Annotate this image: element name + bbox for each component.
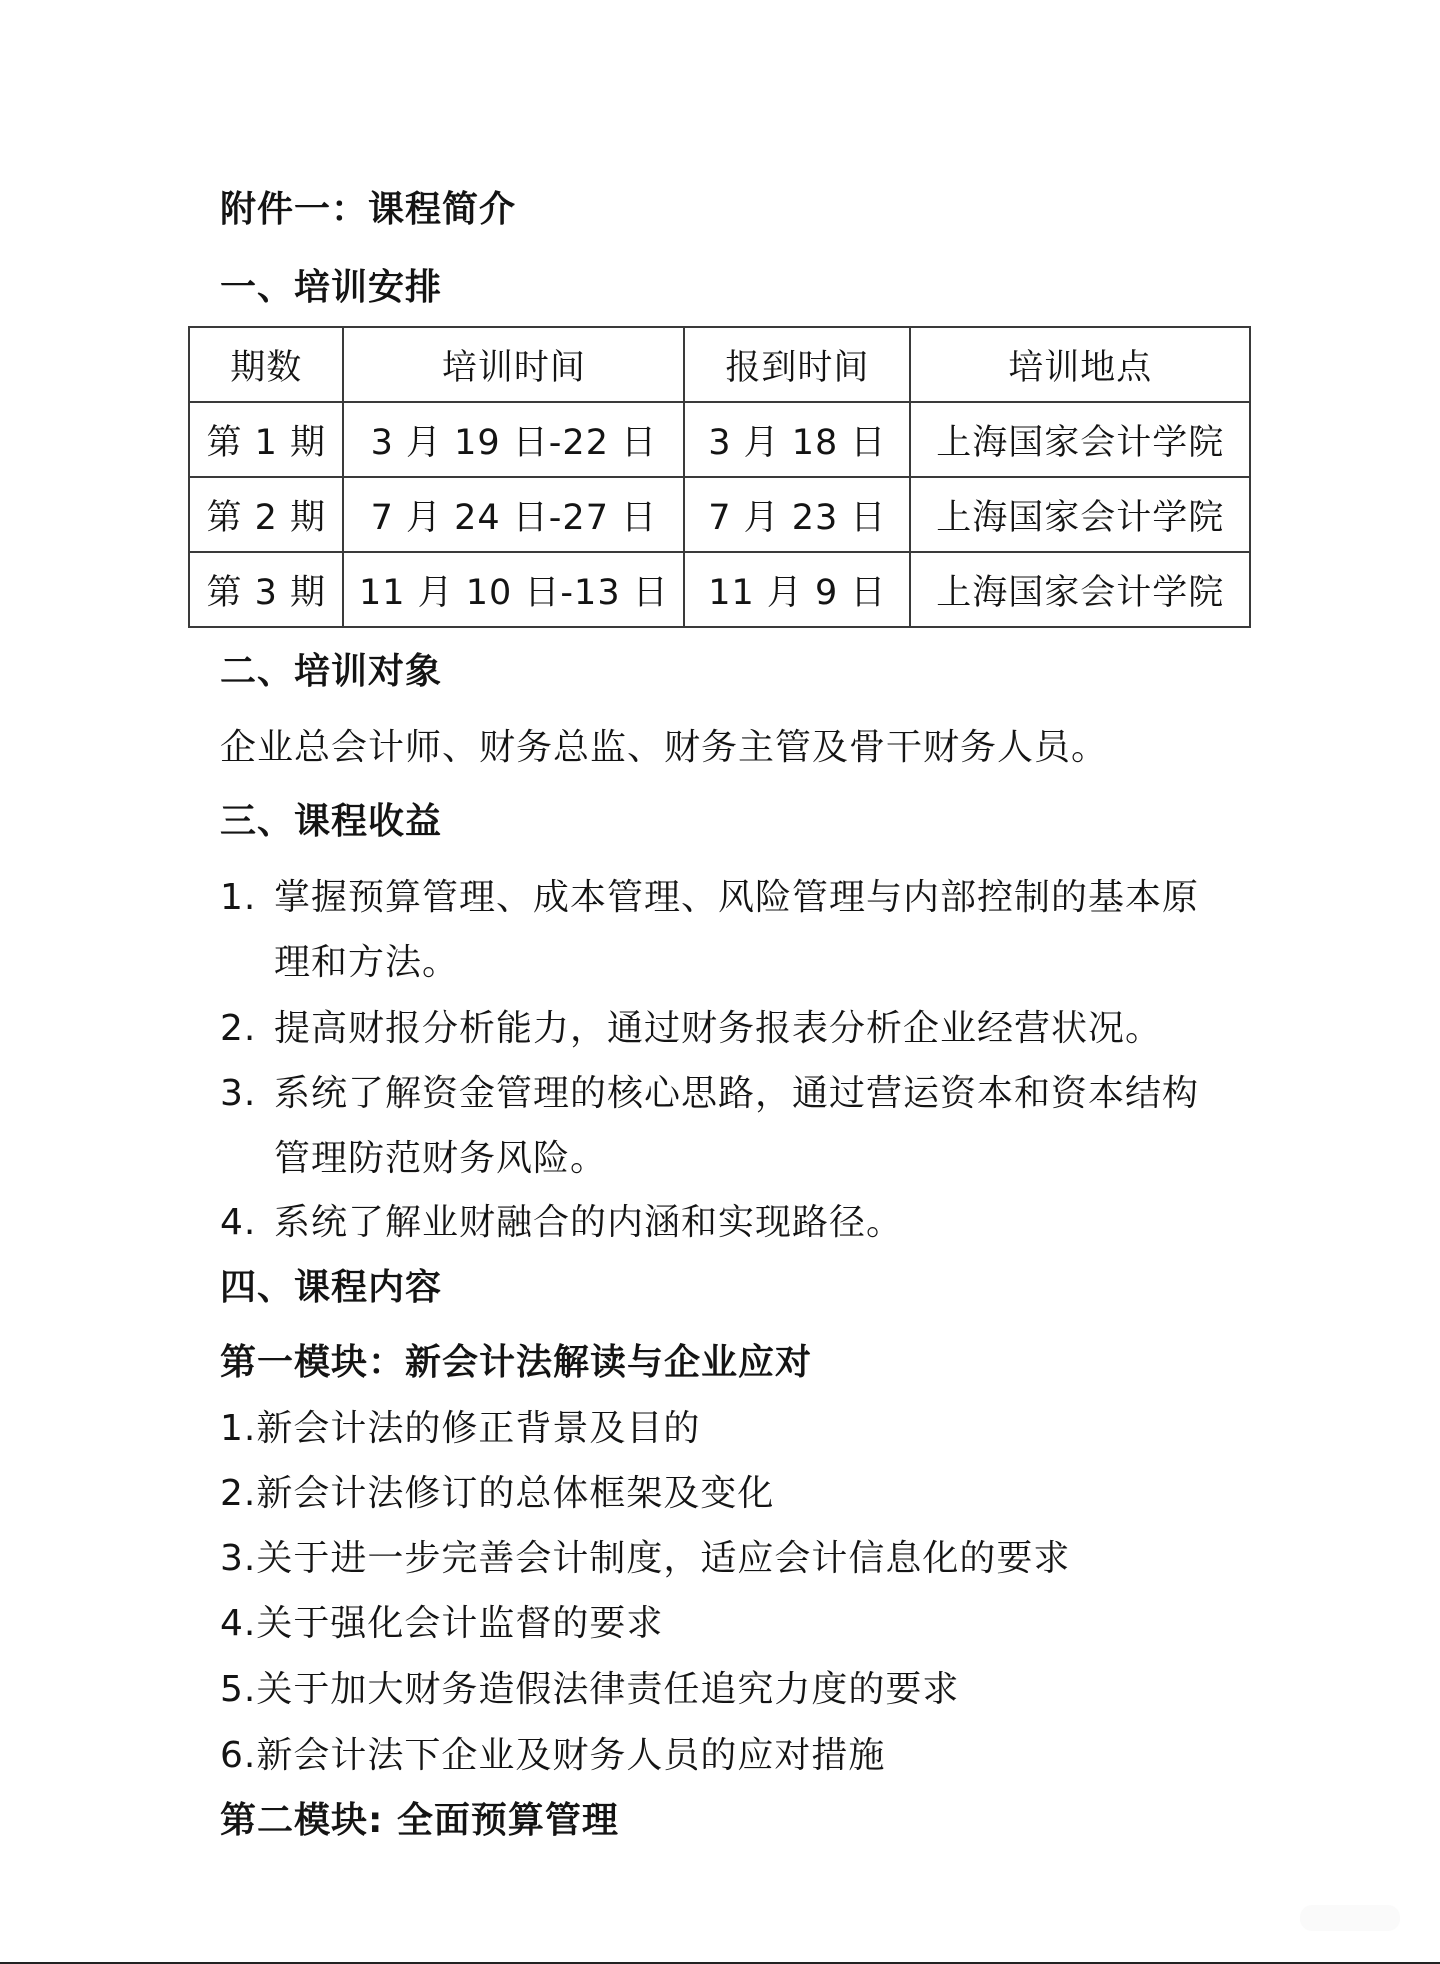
module-2-title: 第二模块: 全面预算管理 — [220, 1799, 619, 1843]
module-1-title: 第一模块：新会计法解读与企业应对 — [220, 1341, 812, 1385]
list-number: 4. — [220, 1201, 274, 1245]
benefit-item-1-continued: 理和方法。 — [274, 941, 459, 985]
table-cell: 7 月 23 日 — [684, 477, 910, 552]
module-1-item: 4.关于强化会计监督的要求 — [220, 1602, 663, 1646]
list-number: 1. — [220, 876, 274, 920]
table-cell: 上海国家会计学院 — [910, 477, 1250, 552]
module-1-item: 5.关于加大财务造假法律责任追究力度的要求 — [220, 1668, 959, 1712]
table-cell: 7 月 24 日-27 日 — [343, 477, 684, 552]
table-header: 期数 — [189, 327, 343, 402]
table-row: 第 1 期 3 月 19 日-22 日 3 月 18 日 上海国家会计学院 — [189, 402, 1250, 477]
training-schedule-table: 期数 培训时间 报到时间 培训地点 第 1 期 3 月 19 日-22 日 3 … — [188, 326, 1251, 628]
module-1-item: 6.新会计法下企业及财务人员的应对措施 — [220, 1734, 885, 1778]
table-header: 培训地点 — [910, 327, 1250, 402]
table-cell: 3 月 18 日 — [684, 402, 910, 477]
table-header: 报到时间 — [684, 327, 910, 402]
document-title: 附件一：课程简介 — [220, 188, 516, 232]
module-1-item: 2.新会计法修订的总体框架及变化 — [220, 1472, 774, 1516]
section-heading-content: 四、课程内容 — [220, 1266, 442, 1310]
table-cell: 第 3 期 — [189, 552, 343, 627]
table-row: 第 3 期 11 月 10 日-13 日 11 月 9 日 上海国家会计学院 — [189, 552, 1250, 627]
table-cell: 3 月 19 日-22 日 — [343, 402, 684, 477]
benefit-item-2: 2.提高财报分析能力，通过财务报表分析企业经营状况。 — [220, 1007, 1162, 1051]
list-text: 系统了解业财融合的内涵和实现路径。 — [274, 1202, 903, 1243]
benefit-item-3: 3.系统了解资金管理的核心思路，通过营运资本和资本结构 — [220, 1072, 1199, 1116]
module-1-item: 1.新会计法的修正背景及目的 — [220, 1407, 700, 1451]
benefit-item-4: 4.系统了解业财融合的内涵和实现路径。 — [220, 1201, 903, 1245]
benefit-item-3-continued: 管理防范财务风险。 — [274, 1137, 607, 1181]
table-cell: 11 月 10 日-13 日 — [343, 552, 684, 627]
list-number: 2. — [220, 1007, 274, 1051]
table-cell: 上海国家会计学院 — [910, 552, 1250, 627]
list-number: 3. — [220, 1072, 274, 1116]
table-header-row: 期数 培训时间 报到时间 培训地点 — [189, 327, 1250, 402]
section-heading-arrangement: 一、培训安排 — [220, 266, 442, 310]
table-cell: 11 月 9 日 — [684, 552, 910, 627]
table-cell: 上海国家会计学院 — [910, 402, 1250, 477]
audience-text: 企业总会计师、财务总监、财务主管及骨干财务人员。 — [220, 726, 1108, 770]
module-1-item: 3.关于进一步完善会计制度，适应会计信息化的要求 — [220, 1537, 1070, 1581]
list-text: 提高财报分析能力，通过财务报表分析企业经营状况。 — [274, 1008, 1162, 1049]
section-heading-benefits: 三、课程收益 — [220, 800, 442, 844]
table-cell: 第 2 期 — [189, 477, 343, 552]
table-cell: 第 1 期 — [189, 402, 343, 477]
benefit-item-1: 1.掌握预算管理、成本管理、风险管理与内部控制的基本原 — [220, 876, 1199, 920]
watermark — [1300, 1905, 1400, 1931]
list-text: 掌握预算管理、成本管理、风险管理与内部控制的基本原 — [274, 877, 1199, 918]
table-row: 第 2 期 7 月 24 日-27 日 7 月 23 日 上海国家会计学院 — [189, 477, 1250, 552]
table-header: 培训时间 — [343, 327, 684, 402]
section-heading-audience: 二、培训对象 — [220, 650, 442, 694]
list-text: 系统了解资金管理的核心思路，通过营运资本和资本结构 — [274, 1073, 1199, 1114]
